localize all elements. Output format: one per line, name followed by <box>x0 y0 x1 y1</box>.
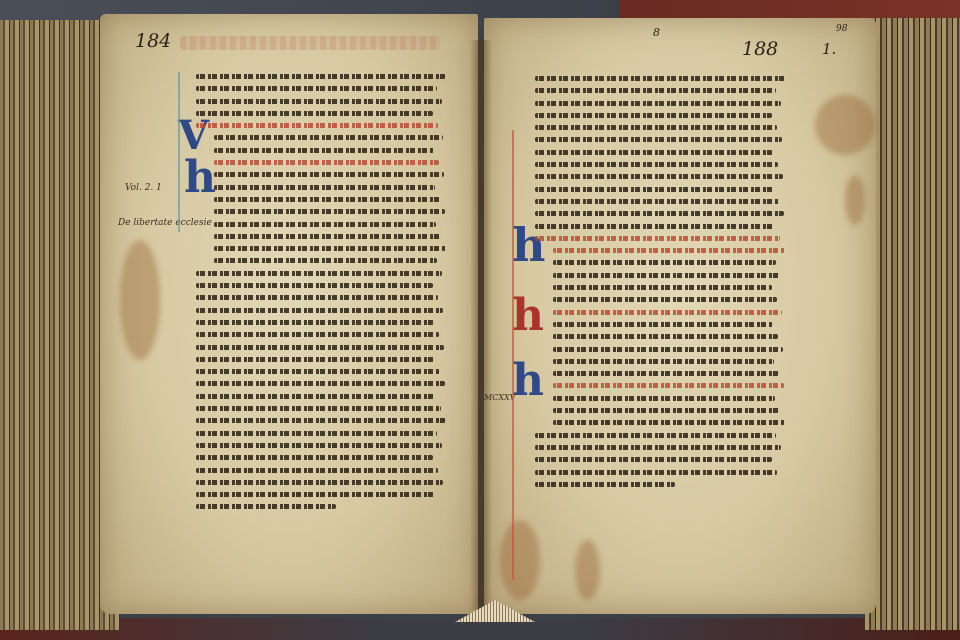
script-line <box>196 353 458 365</box>
script-line <box>196 205 458 217</box>
script-line <box>535 256 795 268</box>
script-line <box>535 133 795 145</box>
script-line <box>196 488 458 500</box>
script-line <box>535 379 795 391</box>
script-line <box>535 429 795 441</box>
marginal-year: MCXXV <box>484 393 515 402</box>
script-line <box>535 232 795 244</box>
offset-rubric-band <box>180 36 440 50</box>
script-line <box>196 218 458 230</box>
script-line <box>196 291 458 303</box>
script-line <box>535 146 795 158</box>
stain <box>120 240 160 360</box>
script-line <box>535 281 795 293</box>
script-line <box>535 392 795 404</box>
script-line <box>535 207 795 219</box>
script-line <box>196 304 458 316</box>
script-line <box>535 84 795 96</box>
folio-number-left: 184 <box>135 30 171 52</box>
script-line <box>196 439 458 451</box>
script-line <box>196 427 458 439</box>
script-line <box>196 181 458 193</box>
marginal-note-vol: Vol. 2. 1 <box>125 183 162 193</box>
script-line <box>196 328 458 340</box>
top-mark: 8 <box>653 26 660 39</box>
script-line <box>535 244 795 256</box>
script-line <box>196 230 458 242</box>
script-line <box>196 377 458 389</box>
script-line <box>196 168 458 180</box>
script-line <box>196 341 458 353</box>
script-line <box>196 82 458 94</box>
small-folio-number: 98 <box>836 24 847 34</box>
script-line <box>196 414 458 426</box>
script-line <box>535 72 795 84</box>
script-line <box>196 267 458 279</box>
script-line <box>535 416 795 428</box>
script-line <box>535 109 795 121</box>
script-line <box>535 466 795 478</box>
script-line <box>535 453 795 465</box>
script-line <box>535 97 795 109</box>
script-line <box>535 343 795 355</box>
script-line <box>196 500 458 512</box>
script-line <box>196 254 458 266</box>
script-line <box>535 121 795 133</box>
script-line <box>535 318 795 330</box>
script-line <box>196 464 458 476</box>
script-line <box>535 306 795 318</box>
script-line <box>196 242 458 254</box>
script-line <box>196 365 458 377</box>
book-gutter <box>470 40 492 610</box>
page-edges-right <box>865 18 960 630</box>
script-line <box>535 269 795 281</box>
script-line <box>535 293 795 305</box>
script-line <box>535 170 795 182</box>
script-line <box>196 476 458 488</box>
script-line <box>196 390 458 402</box>
stain <box>500 520 540 600</box>
script-line <box>535 441 795 453</box>
script-line <box>535 355 795 367</box>
initial-flourish <box>512 130 514 580</box>
initial-flourish <box>178 72 180 232</box>
script-line <box>535 330 795 342</box>
right-text-column <box>535 72 795 490</box>
script-line <box>196 193 458 205</box>
script-line <box>196 107 458 119</box>
script-line <box>535 195 795 207</box>
script-line <box>196 279 458 291</box>
script-line <box>535 158 795 170</box>
script-line <box>535 220 795 232</box>
script-line <box>535 367 795 379</box>
script-line <box>196 119 458 131</box>
stain <box>815 95 875 155</box>
script-line <box>196 316 458 328</box>
stain <box>845 175 865 225</box>
script-line <box>196 402 458 414</box>
folio-number-right: 188 <box>742 38 778 60</box>
script-line <box>196 131 458 143</box>
script-line <box>535 478 795 490</box>
stain <box>575 540 600 600</box>
script-line <box>535 183 795 195</box>
script-line <box>196 144 458 156</box>
script-line <box>196 156 458 168</box>
folio-mark: 1. <box>822 40 836 58</box>
script-line <box>535 404 795 416</box>
script-line <box>196 95 458 107</box>
script-line <box>196 451 458 463</box>
script-line <box>196 70 458 82</box>
left-text-column <box>196 70 458 513</box>
